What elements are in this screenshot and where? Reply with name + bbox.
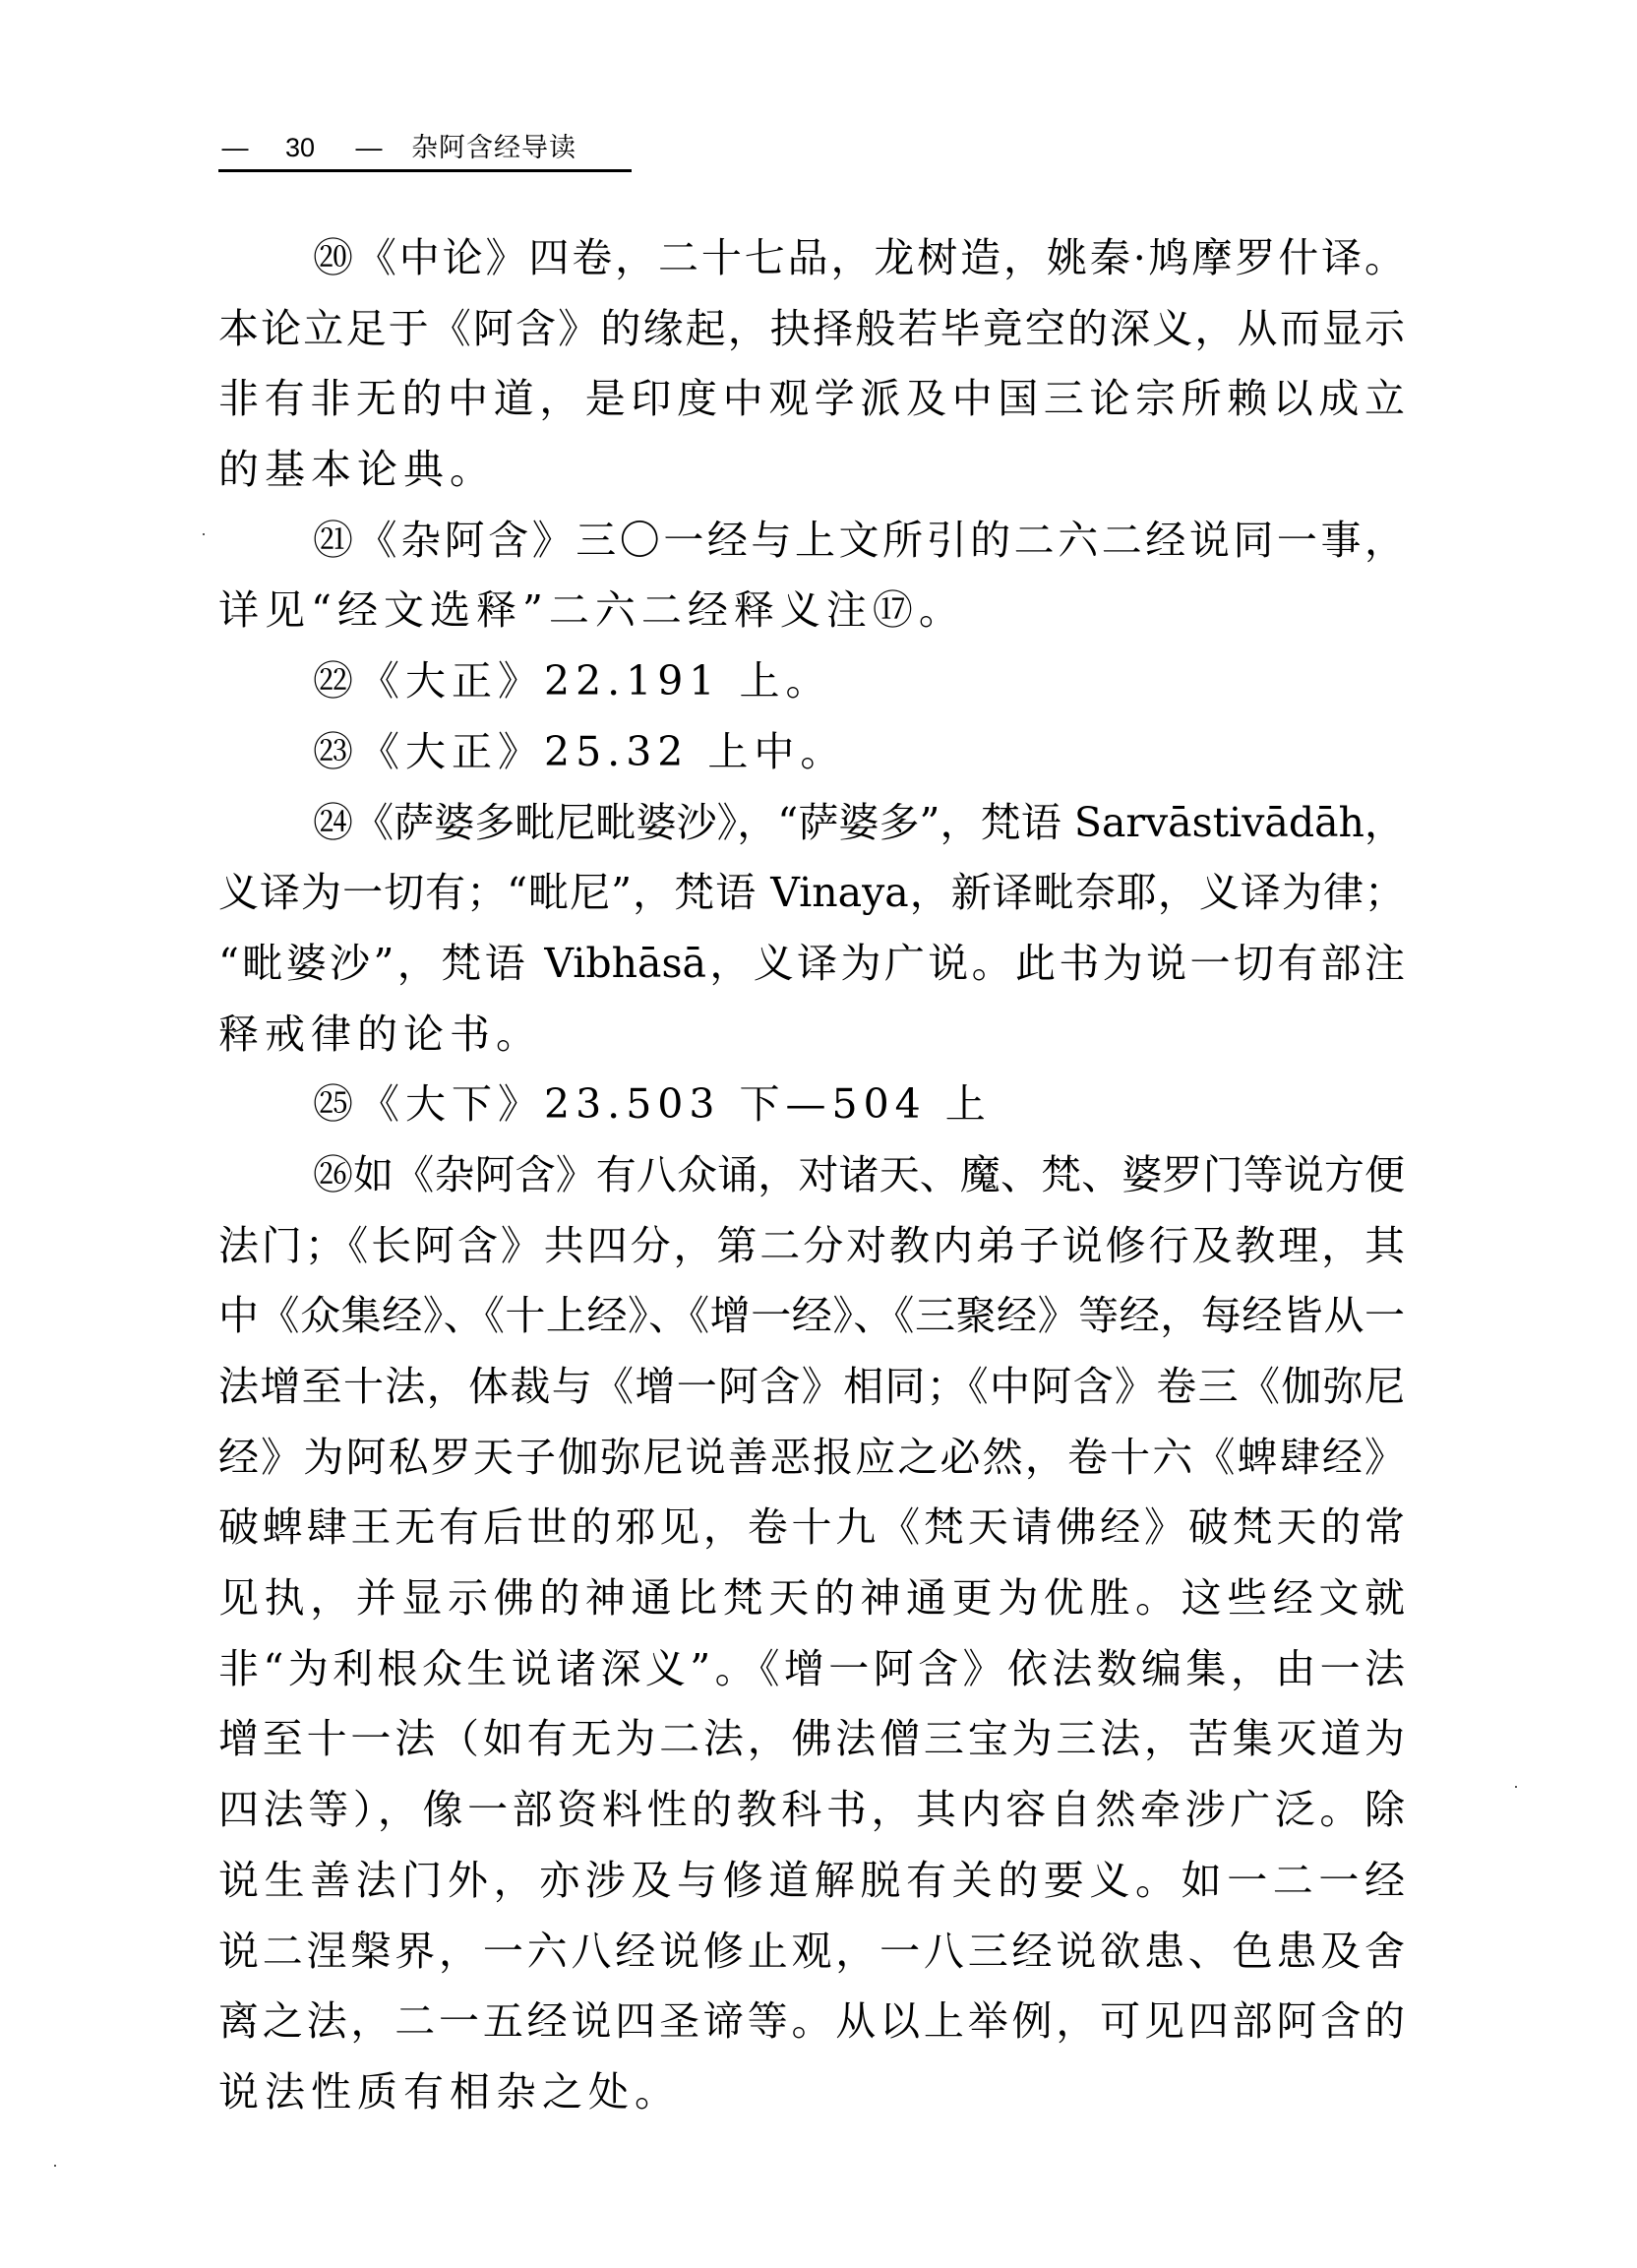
note-line: “毗婆沙”，梵语 Vibhāsā，义译为广说。此书为说一切有部注 <box>218 929 1405 1000</box>
note-line: 法门；《长阿含》共四分，第二分对教内弟子说修行及教理，其 <box>218 1211 1405 1282</box>
endnotes-body: ⑳《中论》四卷，二十七品，龙树造，姚秦·鸠摩罗什译。 本论立足于《阿含》的缘起，… <box>218 223 1405 2128</box>
note-line: 增至十一法（如有无为二法，佛法僧三宝为三法，苦集灭道为 <box>218 1704 1405 1775</box>
page-number: 30 <box>285 128 315 167</box>
note-line: 四法等），像一部资料性的教科书，其内容自然牵涉广泛。除 <box>218 1775 1405 1846</box>
note-line: 见执，并显示佛的神通比梵天的神通更为优胜。这些经文就 <box>218 1563 1405 1634</box>
note-line: ㉔《萨婆多毗尼毗婆沙》，“萨婆多”，梵语 Sarvāstivādāh， <box>218 788 1405 859</box>
endnote-26: ㉖如《杂阿含》有八众诵，对诸天、魔、梵、婆罗门等说方便 法门；《长阿含》共四分，… <box>218 1140 1405 2128</box>
endnote-23: ㉓《大正》25.32 上中。 <box>218 717 1405 788</box>
note-line: 破蜱肆王无有后世的邪见，卷十九《梵天请佛经》破梵天的常 <box>218 1493 1405 1563</box>
note-line: 详见“经文选释”二六二经释义注⑰。 <box>218 576 1405 646</box>
endnote-25: ㉕《大下》23.503 下—504 上 <box>218 1070 1405 1140</box>
note-line: 的基本论典。 <box>218 435 1405 506</box>
note-line: 法增至十法，体裁与《增一阿含》相同；《中阿含》卷三《伽弥尼 <box>218 1352 1405 1423</box>
scan-speck <box>203 533 205 535</box>
note-line: 义译为一切有；“毗尼”，梵语 Vinaya，新译毗奈耶，义译为律； <box>218 858 1405 929</box>
note-line: 非“为利根众生说诸深义”。《增一阿含》依法数编集，由一法 <box>218 1634 1405 1705</box>
note-line: 说二涅槃界，一六八经说修止观，一八三经说欲患、色患及舍 <box>218 1917 1405 1988</box>
note-line: ㉓《大正》25.32 上中。 <box>218 717 1405 788</box>
note-line: ㉑《杂阿含》三〇一经与上文所引的二六二经说同一事， <box>218 506 1405 577</box>
note-line: 经》为阿私罗天子伽弥尼说善恶报应之必然，卷十六《蜱肆经》 <box>218 1423 1405 1494</box>
endnote-20: ⑳《中论》四卷，二十七品，龙树造，姚秦·鸠摩罗什译。 本论立足于《阿含》的缘起，… <box>218 223 1405 506</box>
endnote-24: ㉔《萨婆多毗尼毗婆沙》，“萨婆多”，梵语 Sarvāstivādāh， 义译为一… <box>218 788 1405 1071</box>
header-dash-right: — <box>352 128 386 167</box>
scan-speck <box>1515 1786 1517 1788</box>
note-line: ⑳《中论》四卷，二十七品，龙树造，姚秦·鸠摩罗什译。 <box>218 223 1405 294</box>
endnote-21: ㉑《杂阿含》三〇一经与上文所引的二六二经说同一事， 详见“经文选释”二六二经释义… <box>218 506 1405 646</box>
note-line: 说生善法门外，亦涉及与修道解脱有关的要义。如一二一经 <box>218 1846 1405 1917</box>
note-line: ㉕《大下》23.503 下—504 上 <box>218 1070 1405 1140</box>
endnote-22: ㉒《大正》22.191 上。 <box>218 646 1405 717</box>
running-head: — 30 — 杂阿含经导读 <box>218 128 632 167</box>
header-rule <box>218 169 632 172</box>
book-title: 杂阿含经导读 <box>411 128 576 167</box>
note-line: ㉖如《杂阿含》有八众诵，对诸天、魔、梵、婆罗门等说方便 <box>218 1140 1405 1211</box>
note-line: 释戒律的论书。 <box>218 1000 1405 1071</box>
note-line: 本论立足于《阿含》的缘起，抉择般若毕竟空的深义，从而显示 <box>218 294 1405 365</box>
header-dash-left: — <box>218 128 252 167</box>
note-line: 离之法，二一五经说四圣谛等。从以上举例，可见四部阿含的 <box>218 1987 1405 2057</box>
note-line: 中《众集经》、《十上经》、《增一经》、《三聚经》等经，每经皆从一 <box>218 1281 1405 1352</box>
note-line: 说法性质有相杂之处。 <box>218 2057 1405 2128</box>
note-line: ㉒《大正》22.191 上。 <box>218 646 1405 717</box>
note-line: 非有非无的中道，是印度中观学派及中国三论宗所赖以成立 <box>218 364 1405 435</box>
scan-speck <box>54 2165 56 2167</box>
book-page: — 30 — 杂阿含经导读 ⑳《中论》四卷，二十七品，龙树造，姚秦·鸠摩罗什译。… <box>0 0 1637 2268</box>
